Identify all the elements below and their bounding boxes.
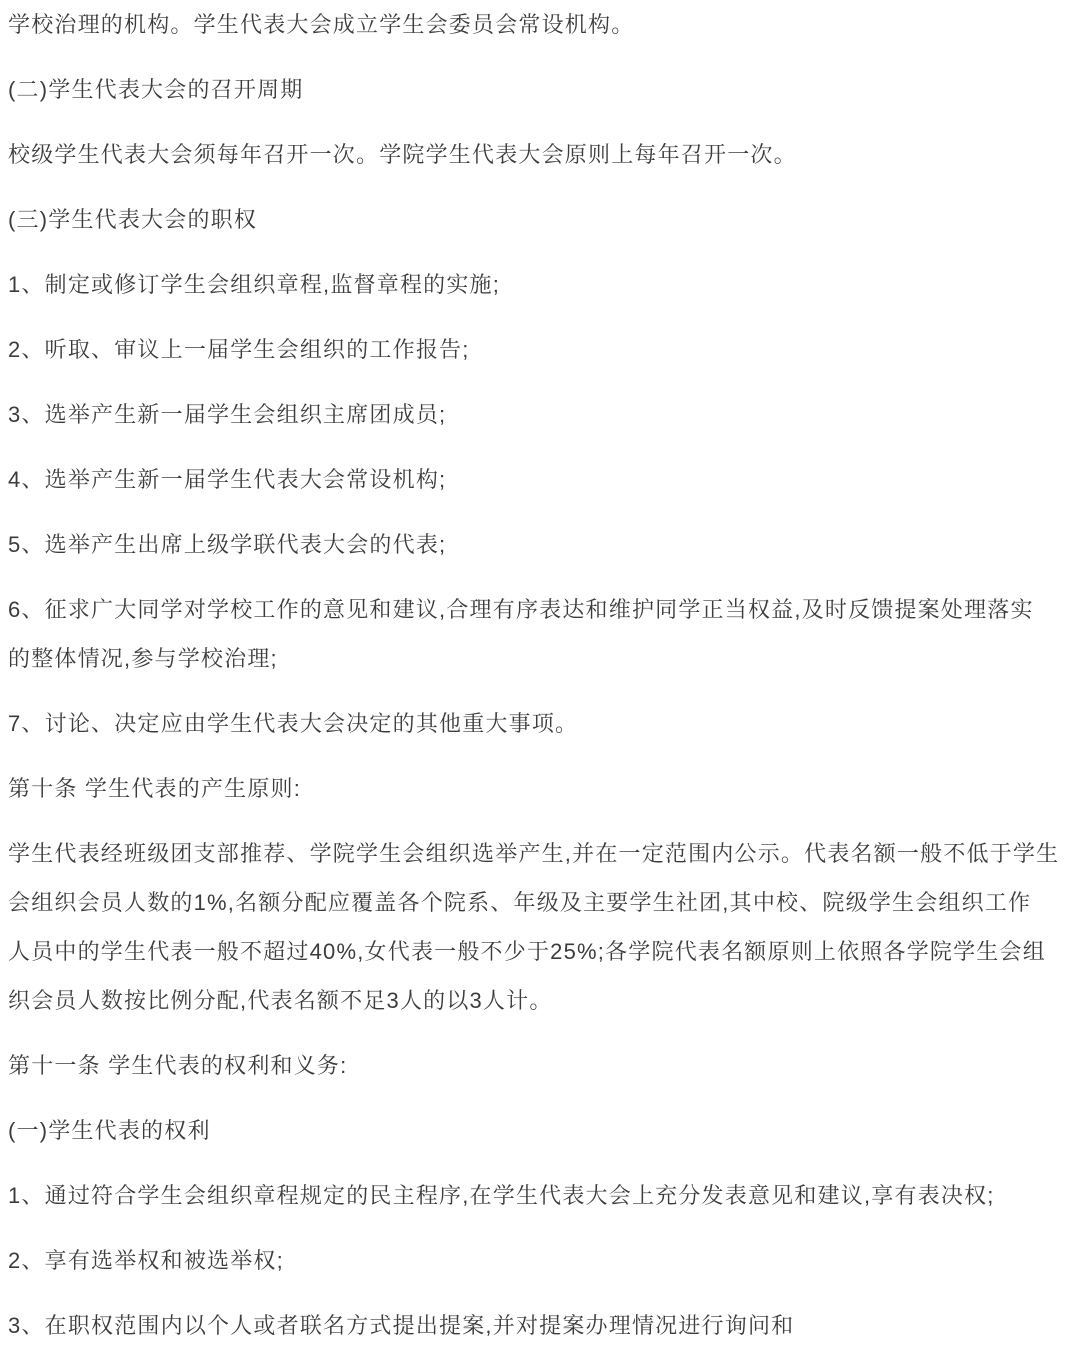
numbered-item: 4、选举产生新一届学生代表大会常设机构;	[8, 455, 1078, 504]
text-line: 3、选举产生新一届学生会组织主席团成员;	[8, 390, 1078, 439]
text-line: 2、听取、审议上一届学生会组织的工作报告;	[8, 325, 1078, 374]
subsection-heading: (二)学生代表大会的召开周期	[8, 65, 1078, 114]
numbered-item: 6、征求广大同学对学校工作的意见和建议,合理有序表达和维护同学正当权益,及时反馈…	[8, 585, 1078, 683]
text-line: 人员中的学生代表一般不超过40%,女代表一般不少于25%;各学院代表名额原则上依…	[8, 927, 1078, 976]
paragraph: 校级学生代表大会须每年召开一次。学院学生代表大会原则上每年召开一次。	[8, 130, 1078, 179]
text-line: 7、讨论、决定应由学生代表大会决定的其他重大事项。	[8, 699, 1078, 748]
text-line: 学校治理的机构。学生代表大会成立学生会委员会常设机构。	[8, 0, 1078, 49]
text-line: 的整体情况,参与学校治理;	[8, 634, 1078, 683]
text-line: 2、享有选举权和被选举权;	[8, 1236, 1078, 1285]
text-line: 4、选举产生新一届学生代表大会常设机构;	[8, 455, 1078, 504]
text-line: 第十一条 学生代表的权利和义务:	[8, 1041, 1078, 1090]
article-heading: 第十一条 学生代表的权利和义务:	[8, 1041, 1078, 1090]
text-line: 会组织会员人数的1%,名额分配应覆盖各个院系、年级及主要学生社团,其中校、院级学…	[8, 878, 1078, 927]
numbered-item: 7、讨论、决定应由学生代表大会决定的其他重大事项。	[8, 699, 1078, 748]
text-line: (二)学生代表大会的召开周期	[8, 65, 1078, 114]
subsection-heading: (一)学生代表的权利	[8, 1106, 1078, 1155]
subsection-heading: (三)学生代表大会的职权	[8, 195, 1078, 244]
article-heading: 第十条 学生代表的产生原则:	[8, 764, 1078, 813]
numbered-item: 5、选举产生出席上级学联代表大会的代表;	[8, 520, 1078, 569]
numbered-item: 2、听取、审议上一届学生会组织的工作报告;	[8, 325, 1078, 374]
numbered-item: 2、享有选举权和被选举权;	[8, 1236, 1078, 1285]
text-line: 5、选举产生出席上级学联代表大会的代表;	[8, 520, 1078, 569]
paragraph: 学生代表经班级团支部推荐、学院学生会组织选举产生,并在一定范围内公示。代表名额一…	[8, 829, 1078, 1025]
text-line: (一)学生代表的权利	[8, 1106, 1078, 1155]
text-line: 织会员人数按比例分配,代表名额不足3人的以3人计。	[8, 976, 1078, 1025]
numbered-item: 3、选举产生新一届学生会组织主席团成员;	[8, 390, 1078, 439]
paragraph: 学校治理的机构。学生代表大会成立学生会委员会常设机构。	[8, 0, 1078, 49]
numbered-item: 1、制定或修订学生会组织章程,监督章程的实施;	[8, 260, 1078, 309]
numbered-item: 1、通过符合学生会组织章程规定的民主程序,在学生代表大会上充分发表意见和建议,享…	[8, 1171, 1078, 1220]
numbered-item: 3、在职权范围内以个人或者联名方式提出提案,并对提案办理情况进行询问和	[8, 1301, 1078, 1350]
text-line: 第十条 学生代表的产生原则:	[8, 764, 1078, 813]
text-line: 1、制定或修订学生会组织章程,监督章程的实施;	[8, 260, 1078, 309]
text-line: 校级学生代表大会须每年召开一次。学院学生代表大会原则上每年召开一次。	[8, 130, 1078, 179]
text-line: 学生代表经班级团支部推荐、学院学生会组织选举产生,并在一定范围内公示。代表名额一…	[8, 829, 1078, 878]
text-line: (三)学生代表大会的职权	[8, 195, 1078, 244]
document-body: 学校治理的机构。学生代表大会成立学生会委员会常设机构。 (二)学生代表大会的召开…	[0, 0, 1080, 1350]
text-line: 1、通过符合学生会组织章程规定的民主程序,在学生代表大会上充分发表意见和建议,享…	[8, 1171, 1078, 1220]
text-line: 6、征求广大同学对学校工作的意见和建议,合理有序表达和维护同学正当权益,及时反馈…	[8, 585, 1078, 634]
text-line: 3、在职权范围内以个人或者联名方式提出提案,并对提案办理情况进行询问和	[8, 1301, 1078, 1350]
